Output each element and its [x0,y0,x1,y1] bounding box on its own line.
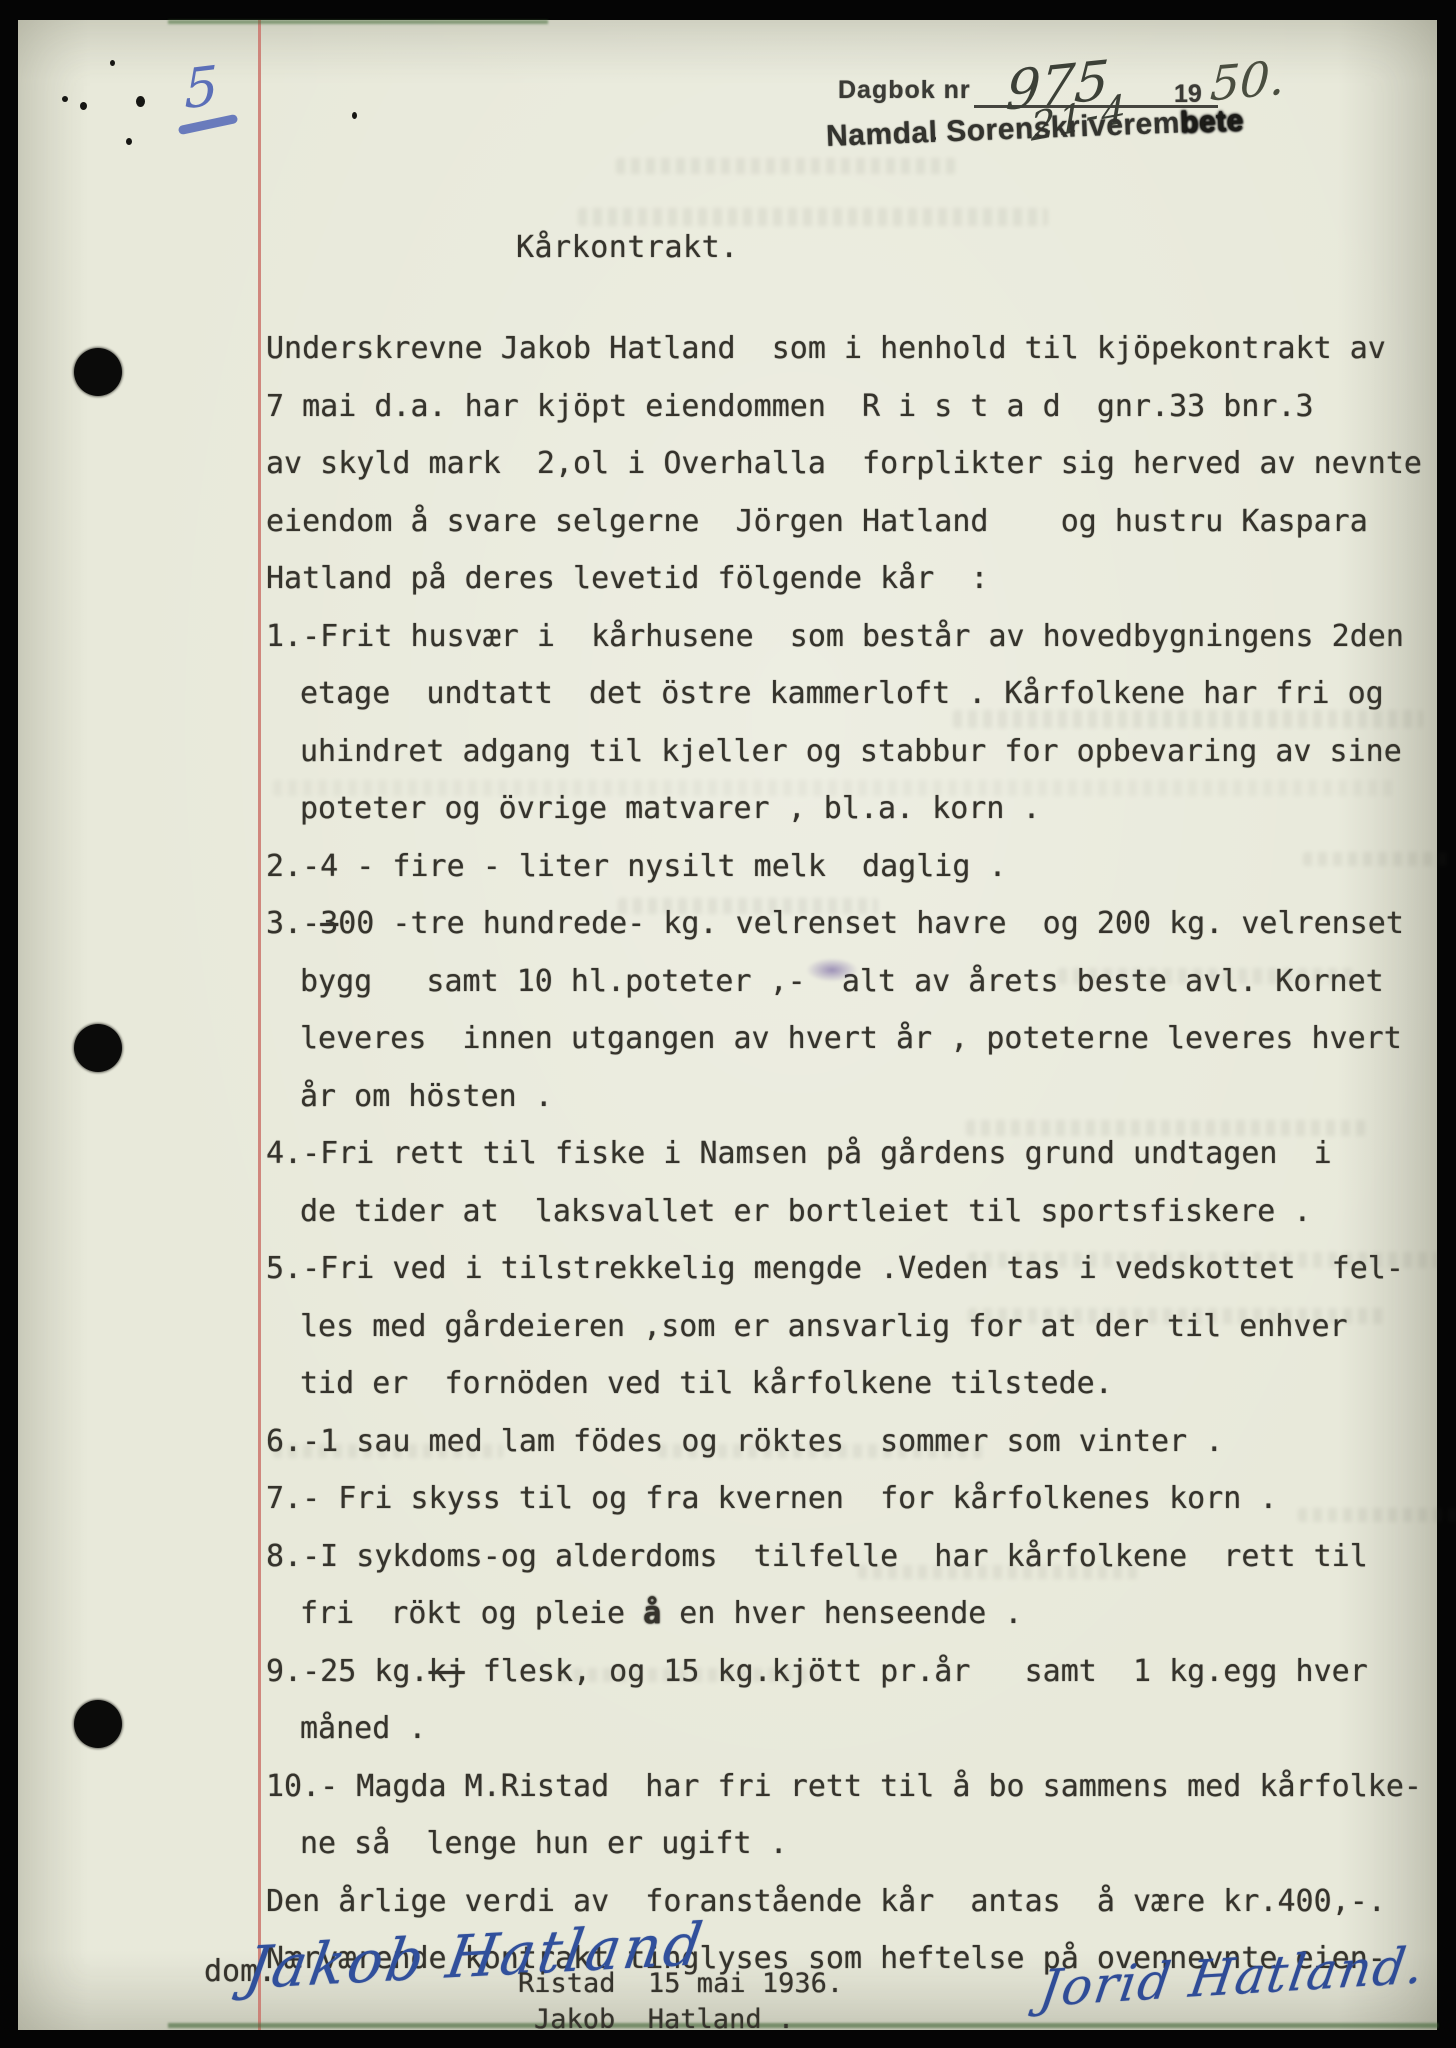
document-line: de tider at laksvallet er bortleiet til … [300,1183,1446,1241]
document-line: tid er fornöden ved til kårfolkene tilst… [300,1355,1446,1413]
margin-line [258,20,261,2030]
bleedthrough-smudge [658,1444,988,1458]
bleedthrough-smudge [858,1565,1138,1579]
document-line: Den årlige verdi av foranstående kår ant… [266,1873,1446,1931]
paper-speck [110,60,115,66]
bleedthrough-smudge [1303,852,1453,866]
bleedthrough-smudge [273,1444,503,1458]
bleedthrough-smudge [616,158,956,174]
paper-speck [80,102,87,110]
year-handwritten: 50. [1209,51,1286,113]
dagbok-label: Dagbok nr [838,76,971,105]
document-line: leveres innen utgangen av hvert år , pot… [300,1010,1446,1068]
document-line: 7.- Fri skyss til og fra kvernen for kår… [266,1470,1446,1528]
paper-speck [136,96,145,107]
year-printed: 19 [1174,80,1202,109]
signer-name-typed: Jakob Hatland . [534,2004,794,2035]
bleedthrough-smudge [953,710,1423,728]
document-line: uhindret adgang til kjeller og stabbur f… [300,723,1446,781]
bleedthrough-smudge [1058,968,1358,984]
paper-speck [62,96,68,102]
punch-hole-top [74,348,122,396]
document-line: 9.-25 kg.kj flesk, og 15 kg.kjött pr.år … [266,1643,1446,1701]
document-title: Kårkontrakt. [516,230,739,265]
office-stamp-text-smudged: bete [1179,104,1244,139]
document-page: 5 Dagbok nr 975 19 50. 21-4 Namdal Soren… [18,20,1437,2030]
office-stamp-text: Namdal Sorenskriverem [826,106,1181,153]
punch-hole-middle [74,1024,122,1072]
document-line: les med gårdeieren ,som er ansvarlig for… [300,1298,1446,1356]
document-line: måned . [300,1700,1446,1758]
document-line: 6.-1 sau med lam födes og röktes sommer … [266,1413,1446,1471]
paper-speck [126,138,132,145]
scan-edge-artifact [168,2023,1438,2028]
document-line: 10.- Magda M.Ristad har fri rett til å b… [266,1758,1446,1816]
document-line: Hatland på deres levetid fölgende kår : [266,550,1446,608]
document-line: av skyld mark 2,ol i Overhalla forplikte… [266,435,1446,493]
bleedthrough-smudge [968,1252,1438,1268]
document-line: fri rökt og pleie å en hver henseende . [300,1585,1446,1643]
document-line: 8.-I sykdoms-og alderdoms tilfelle har k… [266,1528,1446,1586]
scan-edge-artifact [168,20,548,24]
bleedthrough-smudge [558,1668,818,1682]
bleedthrough-smudge [618,898,878,914]
document-line: eiendom å svare selgerne Jörgen Hatland … [266,493,1446,551]
punch-hole-bottom [74,1700,122,1748]
place-date-line: Ristad 15 mai 1936. [518,1968,843,1999]
document-body: Underskrevne Jakob Hatland som i henhold… [266,320,1446,2000]
bleedthrough-smudge [968,1308,1388,1324]
bleedthrough-smudge [273,780,1393,796]
bleedthrough-smudge [578,208,1048,226]
scan-background: 5 Dagbok nr 975 19 50. 21-4 Namdal Soren… [0,0,1456,2048]
document-line: 5.-Fri ved i tilstrekkelig mengde .Veden… [266,1240,1446,1298]
ink-smudge [806,958,858,982]
document-line: Underskrevne Jakob Hatland som i henhold… [266,320,1446,378]
bleedthrough-smudge [1298,1508,1456,1522]
document-line: 7 mai d.a. har kjöpt eiendommen R i s t … [266,378,1446,436]
document-line: ne så lenge hun er ugift . [300,1815,1446,1873]
document-line: 1.-Frit husvær i kårhusene som består av… [266,608,1446,666]
page-number: 5 [184,54,219,122]
bleedthrough-smudge [966,1120,1366,1136]
document-line: 2.-4 - fire - liter nysilt melk daglig . [266,838,1446,896]
document-line: år om hösten . [300,1068,1446,1126]
paper-speck [352,112,357,119]
